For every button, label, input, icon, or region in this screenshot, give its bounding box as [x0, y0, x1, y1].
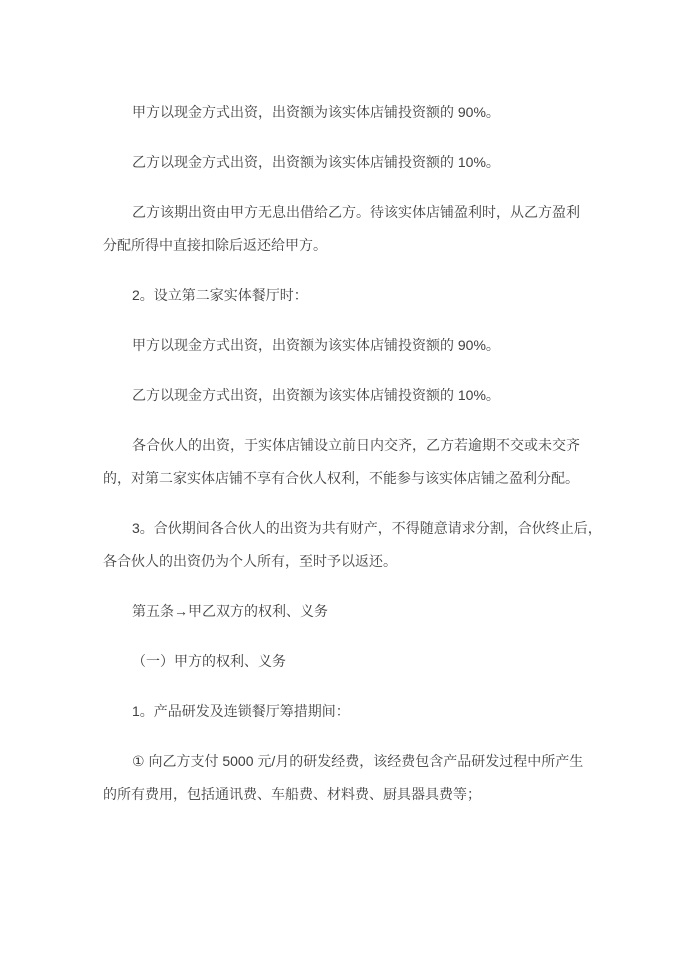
paragraph: 甲方以现金方式出资，出资额为该实体店铺投资额的 90%。	[103, 96, 660, 129]
document-page: 甲方以现金方式出资，出资额为该实体店铺投资额的 90%。 乙方以现金方式出资，出…	[0, 0, 690, 976]
paragraph-line: ① 向乙方支付 5000 元/月的研发经费，该经费包含产品研发过程中所产生	[103, 745, 660, 778]
paragraph-line: （一）甲方的权利、义务	[103, 645, 660, 678]
paragraph: 甲方以现金方式出资，出资额为该实体店铺投资额的 90%。	[103, 329, 660, 362]
paragraph: 3。合伙期间各合伙人的出资为共有财产，不得随意请求分割，合伙终止后， 各合伙人的…	[103, 512, 660, 578]
paragraph-line: 乙方以现金方式出资，出资额为该实体店铺投资额的 10%。	[103, 379, 660, 412]
paragraph-line: 的所有费用，包括通讯费、车船费、材料费、厨具器具费等；	[103, 778, 660, 811]
paragraph: 乙方该期出资由甲方无息出借给乙方。待该实体店铺盈利时，从乙方盈利 分配所得中直接…	[103, 196, 660, 262]
paragraph-subsection-heading: （一）甲方的权利、义务	[103, 645, 660, 678]
paragraph-line: 3。合伙期间各合伙人的出资为共有财产，不得随意请求分割，合伙终止后，	[103, 512, 660, 545]
paragraph-line: 各合伙人的出资，于实体店铺设立前日内交齐，乙方若逾期不交或未交齐	[103, 429, 660, 462]
paragraph: 各合伙人的出资，于实体店铺设立前日内交齐，乙方若逾期不交或未交齐 的，对第二家实…	[103, 429, 660, 495]
paragraph-line: 的，对第二家实体店铺不享有合伙人权利，不能参与该实体店铺之盈利分配。	[103, 462, 660, 495]
paragraph-line: 1。产品研发及连锁餐厅筹措期间：	[103, 695, 660, 728]
paragraph-line: 甲方以现金方式出资，出资额为该实体店铺投资额的 90%。	[103, 96, 660, 129]
paragraph: 乙方以现金方式出资，出资额为该实体店铺投资额的 10%。	[103, 146, 660, 179]
paragraph-line: 乙方该期出资由甲方无息出借给乙方。待该实体店铺盈利时，从乙方盈利	[103, 196, 660, 229]
paragraph-line: 分配所得中直接扣除后返还给甲方。	[103, 229, 660, 262]
paragraph-line: 2。设立第二家实体餐厅时：	[103, 279, 660, 312]
paragraph-line: 各合伙人的出资仍为个人所有，至时予以返还。	[103, 545, 660, 578]
paragraph-numbered-item: ① 向乙方支付 5000 元/月的研发经费，该经费包含产品研发过程中所产生 的所…	[103, 745, 660, 811]
paragraph-line: 甲方以现金方式出资，出资额为该实体店铺投资额的 90%。	[103, 329, 660, 362]
paragraph-numbered-item: 1。产品研发及连锁餐厅筹措期间：	[103, 695, 660, 728]
paragraph-section-heading: 第五条→甲乙双方的权利、义务	[103, 595, 660, 628]
paragraph-line: 第五条→甲乙双方的权利、义务	[103, 595, 660, 628]
paragraph-line: 乙方以现金方式出资，出资额为该实体店铺投资额的 10%。	[103, 146, 660, 179]
paragraph: 乙方以现金方式出资，出资额为该实体店铺投资额的 10%。	[103, 379, 660, 412]
paragraph: 2。设立第二家实体餐厅时：	[103, 279, 660, 312]
